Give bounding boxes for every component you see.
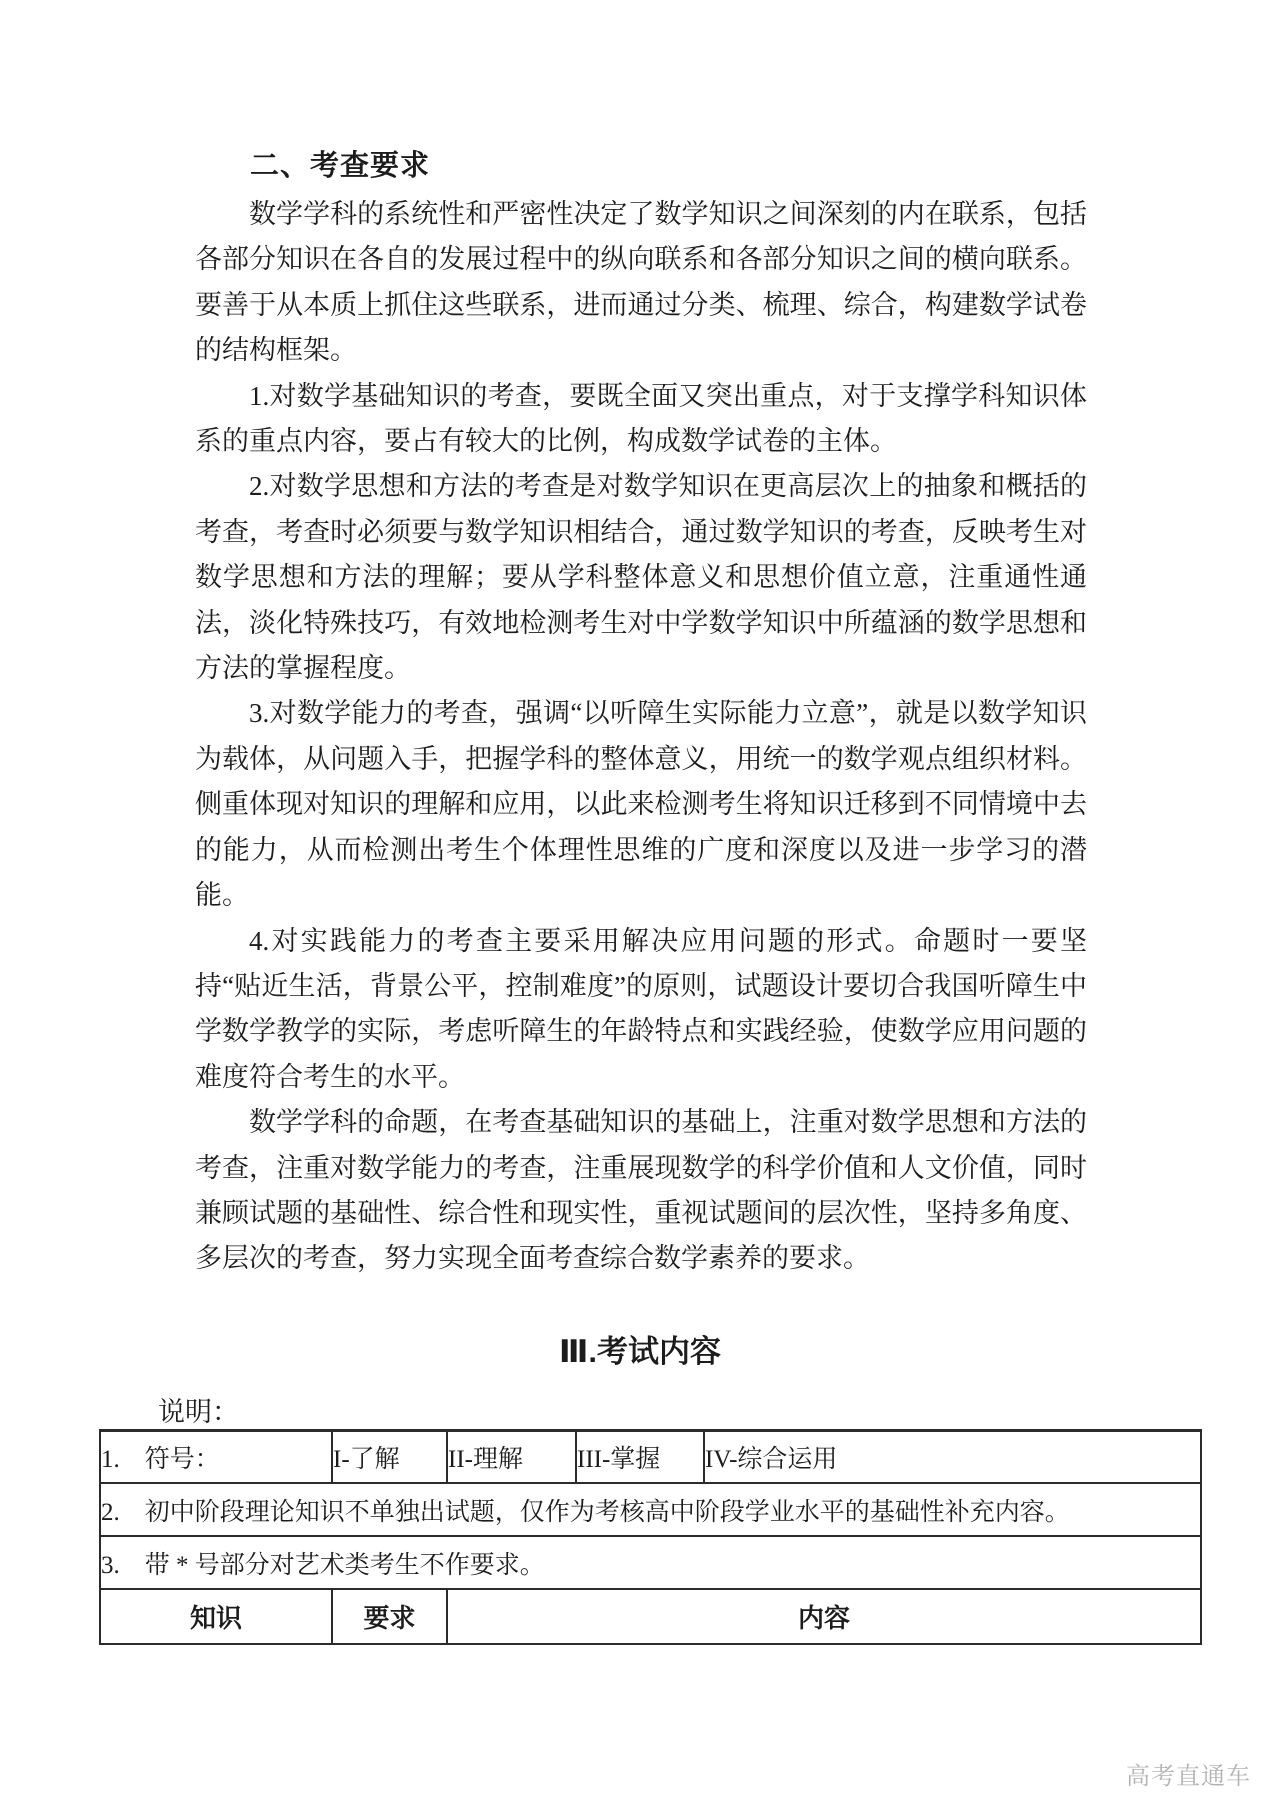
watermark-gaokao-zhitongche: 高考直通车 [1126, 1756, 1251, 1791]
paragraph-overview: 数学学科的系统性和严密性决定了数学知识之间深刻的内在联系，包括各部分知识在各自的… [195, 192, 1087, 374]
notes-label: 说明： [158, 1390, 239, 1429]
table-row-symbols: 1. 符号： I-了解 II-理解 III-掌握 IV-综合运用 [100, 1431, 1201, 1484]
table-header-content: 内容 [447, 1589, 1201, 1644]
paragraph-practical-ability: 4.对实践能力的考查主要采用解决应用问题的形式。命题时一要坚持“贴近生活，背景公… [195, 919, 1087, 1101]
table-cell-note-3: 3. 带 * 号部分对艺术类考生不作要求。 [100, 1536, 1201, 1589]
table-cell-level-4: IV-综合运用 [704, 1431, 1201, 1484]
notes-table: 1. 符号： I-了解 II-理解 III-掌握 IV-综合运用 2. 初中阶段… [99, 1429, 1202, 1645]
table-header-requirement: 要求 [332, 1589, 447, 1644]
table-row-note-3: 3. 带 * 号部分对艺术类考生不作要求。 [100, 1536, 1201, 1589]
table-header-row: 知识 要求 内容 [100, 1589, 1201, 1644]
paragraph-basic-knowledge: 1.对数学基础知识的考查，要既全面又突出重点，对于支撑学科知识体系的重点内容，要… [195, 374, 1087, 465]
table-cell-level-2: II-理解 [447, 1431, 576, 1484]
section-heading-exam-content: Ⅲ.考试内容 [0, 1326, 1280, 1371]
table-cell-level-1: I-了解 [332, 1431, 447, 1484]
body-text-block: 数学学科的系统性和严密性决定了数学知识之间深刻的内在联系，包括各部分知识在各自的… [195, 192, 1087, 1282]
table-row-note-2: 2. 初中阶段理论知识不单独出试题，仅作为考核高中阶段学业水平的基础性补充内容。 [100, 1483, 1201, 1536]
table-cell-note-2: 2. 初中阶段理论知识不单独出试题，仅作为考核高中阶段学业水平的基础性补充内容。 [100, 1483, 1201, 1536]
section-heading-exam-requirements: 二、考查要求 [250, 143, 430, 184]
paragraph-proposition-summary: 数学学科的命题，在考查基础知识的基础上，注重对数学思想和方法的考查，注重对数学能… [195, 1100, 1087, 1282]
table-cell-level-3: III-掌握 [576, 1431, 704, 1484]
document-page: 二、考查要求 数学学科的系统性和严密性决定了数学知识之间深刻的内在联系，包括各部… [0, 0, 1280, 1810]
table-header-knowledge: 知识 [100, 1589, 332, 1644]
paragraph-math-ability: 3.对数学能力的考查，强调“以听障生实际能力立意”，就是以数学知识为载体，从问题… [195, 691, 1087, 918]
paragraph-ideas-methods: 2.对数学思想和方法的考查是对数学知识在更高层次上的抽象和概括的考查，考查时必须… [195, 464, 1087, 691]
table-cell-symbols-label: 1. 符号： [100, 1431, 332, 1484]
